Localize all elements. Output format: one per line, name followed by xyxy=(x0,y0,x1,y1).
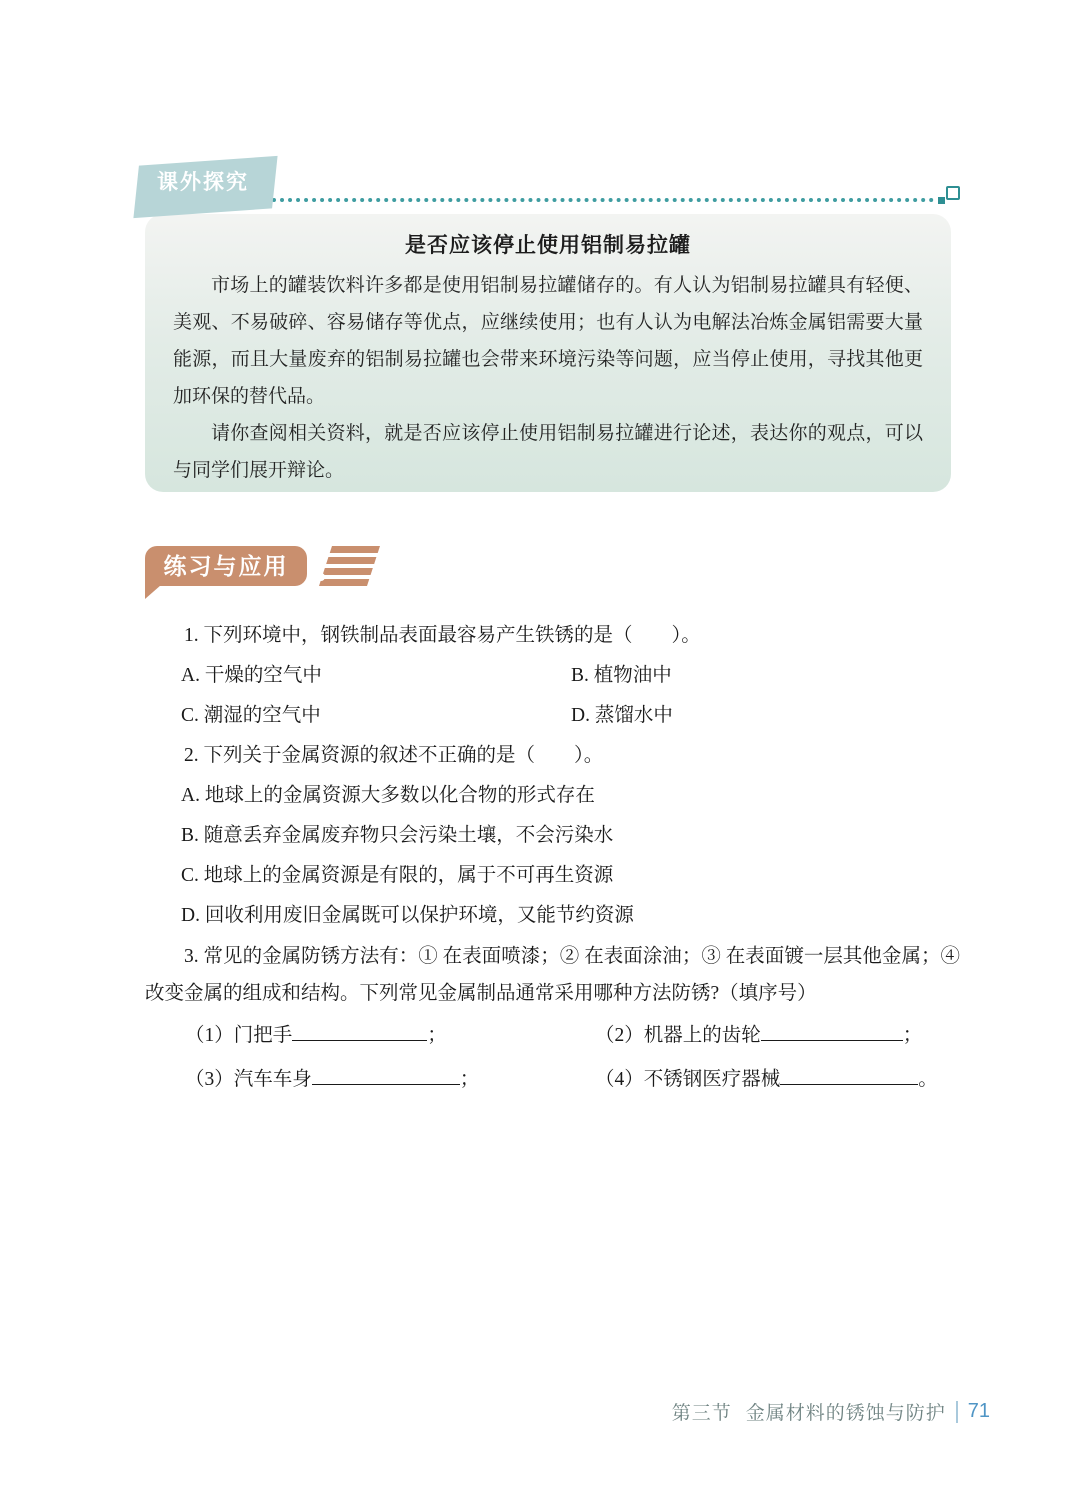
dotted-divider xyxy=(272,198,934,202)
page-number: 71 xyxy=(968,1400,990,1423)
clip-icon-outline-square xyxy=(946,186,960,200)
question-2-stem: 2. 下列关于金属资源的叙述不正确的是（ ）。 xyxy=(145,736,960,776)
q2-option-b: B. 随意丢弃金属废弃物只会污染土壤，不会污染水 xyxy=(145,816,960,856)
question-3-fill-row-2: （3）汽车车身； （4）不锈钢医疗器械。 xyxy=(145,1059,960,1100)
q3-fill-1-punct: ； xyxy=(427,1025,447,1046)
q3-fill-3-label: （3）汽车车身 xyxy=(185,1069,312,1090)
practice-questions: 1. 下列环境中，钢铁制品表面最容易产生铁锈的是（ ）。 A. 干燥的空气中 B… xyxy=(145,616,960,1100)
explore-paragraph-1: 市场上的罐装饮料许多都是使用铝制易拉罐储存的。有人认为铝制易拉罐具有轻便、美观、… xyxy=(173,267,923,415)
q1-option-c: C. 潮湿的空气中 xyxy=(181,696,571,736)
explore-card-title: 是否应该停止使用铝制易拉罐 xyxy=(145,229,951,259)
explore-badge-label: 课外探究 xyxy=(145,166,261,200)
practice-badge-label: 练习与应用 xyxy=(145,546,307,586)
explore-paragraph-2: 请你查阅相关资料，就是否应该停止使用铝制易拉罐进行论述，表达你的观点，可以与同学… xyxy=(173,415,923,489)
explore-card: 是否应该停止使用铝制易拉罐 市场上的罐装饮料许多都是使用铝制易拉罐储存的。有人认… xyxy=(145,214,951,492)
q3-fill-2: （2）机器上的齿轮； xyxy=(595,1015,960,1056)
corner-clip-icon xyxy=(938,186,962,208)
q2-option-d: D. 回收利用废旧金属既可以保护环境，又能节约资源 xyxy=(145,896,960,936)
q3-fill-1: （1）门把手； xyxy=(185,1015,595,1056)
q3-fill-2-punct: ； xyxy=(903,1025,923,1046)
textbook-page: 课外探究 是否应该停止使用铝制易拉罐 市场上的罐装饮料许多都是使用铝制易拉罐储存… xyxy=(0,0,1065,1508)
footer-section-label: 第三节 xyxy=(672,1398,732,1425)
q1-option-a: A. 干燥的空气中 xyxy=(181,656,571,696)
q3-fill-2-label: （2）机器上的齿轮 xyxy=(595,1025,761,1046)
q2-option-c: C. 地球上的金属资源是有限的，属于不可再生资源 xyxy=(145,856,960,896)
practice-badge-body: 练习与应用 xyxy=(145,546,307,586)
q1-option-d: D. 蒸馏水中 xyxy=(571,696,960,736)
question-1-stem: 1. 下列环境中，钢铁制品表面最容易产生铁锈的是（ ）。 xyxy=(145,616,960,656)
q3-fill-4-punct: 。 xyxy=(918,1069,938,1090)
footer-divider xyxy=(956,1401,958,1423)
q3-fill-3-blank xyxy=(312,1066,460,1086)
page-footer: 第三节 金属材料的锈蚀与防护 71 xyxy=(672,1398,990,1425)
explore-card-body: 市场上的罐装饮料许多都是使用铝制易拉罐储存的。有人认为铝制易拉罐具有轻便、美观、… xyxy=(145,259,951,489)
list-icon xyxy=(313,546,379,586)
question-3-stem: 3. 常见的金属防锈方法有：① 在表面喷漆；② 在表面涂油；③ 在表面镀一层其他… xyxy=(145,938,960,1012)
q2-option-a: A. 地球上的金属资源大多数以化合物的形式存在 xyxy=(145,776,960,816)
q3-fill-3-punct: ； xyxy=(460,1069,480,1090)
clip-icon-filled-square xyxy=(938,197,945,204)
explore-section-badge: 课外探究 xyxy=(145,166,261,200)
practice-section-badge: 练习与应用 xyxy=(145,546,385,586)
q3-fill-1-label: （1）门把手 xyxy=(185,1025,292,1046)
q3-fill-3: （3）汽车车身； xyxy=(185,1059,595,1100)
q3-fill-1-blank xyxy=(292,1022,427,1042)
q3-fill-4-blank xyxy=(780,1066,918,1086)
q3-fill-4: （4）不锈钢医疗器械。 xyxy=(595,1059,960,1100)
question-1-options-row-1: A. 干燥的空气中 B. 植物油中 xyxy=(145,656,960,696)
q1-option-b: B. 植物油中 xyxy=(571,656,960,696)
question-1-options-row-2: C. 潮湿的空气中 D. 蒸馏水中 xyxy=(145,696,960,736)
footer-section-title: 金属材料的锈蚀与防护 xyxy=(746,1398,946,1425)
question-3-fill-row-1: （1）门把手； （2）机器上的齿轮； xyxy=(145,1015,960,1056)
q3-fill-2-blank xyxy=(761,1022,903,1042)
q3-fill-4-label: （4）不锈钢医疗器械 xyxy=(595,1069,780,1090)
